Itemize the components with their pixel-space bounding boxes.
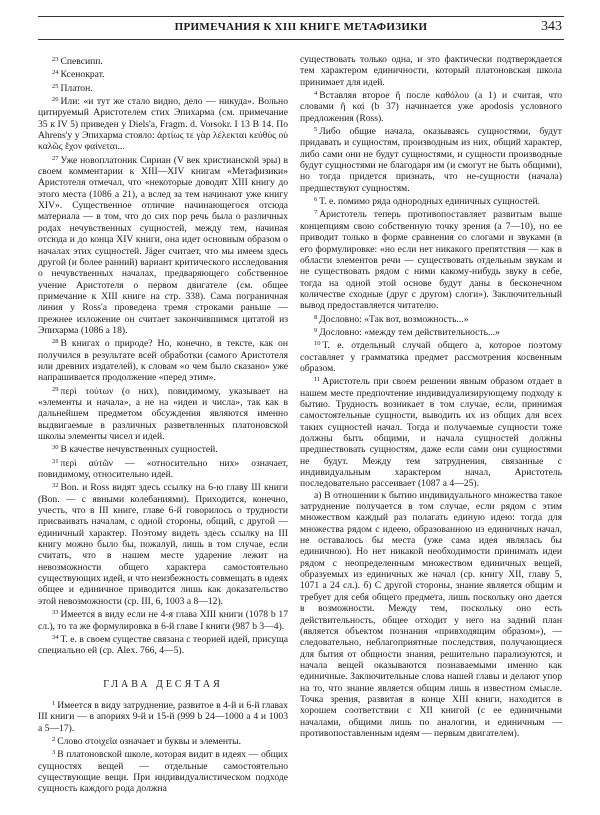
footnote-number: 1	[52, 700, 55, 707]
footnote-ch10-6: 6Т. е. помимо ряда однородных единичных …	[300, 194, 562, 207]
footnote-ch10-10: 10Т. е. отдельный случай общего a, котор…	[300, 338, 562, 374]
footnote-33: 33Имеется в виду если не 4-я глава XIII …	[38, 607, 288, 632]
footnote-number: 29	[52, 386, 59, 393]
footnote-28: 28В книгах о природе? Но, конечно, в тек…	[38, 336, 288, 383]
footnote-number: 32	[52, 482, 59, 489]
footnote-24: 24Ксенократ.	[38, 67, 288, 80]
book-page: ПРИМЕЧАНИЯ К XIII КНИГЕ МЕТАФИЗИКИ 343 2…	[38, 16, 564, 40]
running-title: ПРИМЕЧАНИЯ К XIII КНИГЕ МЕТАФИЗИКИ	[38, 21, 564, 33]
footnote-number: 30	[52, 444, 59, 451]
footnote-number: 9	[314, 327, 317, 334]
page-number: 343	[541, 19, 562, 35]
footnote-32: 32Bon. и Ross видят здесь ссылку на 6-ю …	[38, 480, 288, 607]
footnote-number: 26	[52, 96, 59, 103]
footnote-number: 28	[52, 338, 59, 345]
footnote-26: 26Или: «и тут же стало видно, дело — ник…	[38, 94, 288, 153]
footnote-number: 34	[52, 634, 59, 641]
left-column: 23Спевсипп. 24Ксенократ. 25Платон. 26Или…	[38, 54, 288, 795]
footnote-number: 33	[52, 609, 59, 616]
footnote-number: 25	[52, 83, 59, 90]
footnote-number: 6	[314, 196, 317, 203]
footnote-31: 31περὶ αὐτῶν — «относительно них» означа…	[38, 456, 288, 481]
footnote-number: 8	[314, 314, 317, 321]
footnote-ch10-11-ab: а) В отношении к бытию индивидуального м…	[300, 490, 562, 740]
footnote-number: 2	[52, 736, 55, 743]
footnote-ch10-7: 7Аристотель теперь противопоставляет раз…	[300, 207, 562, 311]
footnote-3-continuation: существовать только одна, и это фактичес…	[300, 54, 562, 88]
footnote-number: 11	[314, 376, 320, 383]
footnote-27: 27Уже новоплатоник Сириан (V век христиа…	[38, 153, 288, 337]
footnote-number: 3	[52, 749, 55, 756]
footnote-ch10-1: 1Имеется в виду затруднение, развитое в …	[38, 698, 288, 734]
footnote-number: 23	[52, 56, 59, 63]
footnote-30: 30В качестве нечувственных сущностей.	[38, 442, 288, 455]
footnote-number: 10	[314, 340, 321, 347]
footnote-ch10-8: 8Дословно: «Так вот, возможность...»	[300, 312, 562, 325]
footnote-25: 25Платон.	[38, 81, 288, 94]
footnote-23: 23Спевсипп.	[38, 54, 288, 67]
footnote-number: 24	[52, 69, 59, 76]
footnote-number: 31	[52, 458, 59, 465]
footnote-number: 5	[314, 126, 317, 133]
chapter-heading: ГЛАВА ДЕСЯТАЯ	[38, 679, 288, 690]
footnote-29: 29περὶ τούτων (о них), повидимому, указы…	[38, 384, 288, 443]
footnote-ch10-9: 9Дословно: «между тем действительность..…	[300, 325, 562, 338]
footnote-number: 27	[52, 155, 59, 162]
running-header: ПРИМЕЧАНИЯ К XIII КНИГЕ МЕТАФИЗИКИ 343	[38, 17, 564, 39]
footnote-ch10-11: 11Аристотель при своем решении явным обр…	[300, 374, 562, 489]
footnote-number: 7	[314, 209, 317, 216]
footnote-ch10-3: 3В платоновской школе, которая видит в и…	[38, 747, 288, 794]
header-bottom-rule	[38, 39, 564, 40]
footnote-34: 34Т. е. в своем существе связана с теори…	[38, 632, 288, 657]
footnote-ch10-4: 4Вставляя второе ἢ после καθόλου (a 1) и…	[300, 88, 562, 124]
footnote-ch10-2: 2Слово στοιχεῖα означает и буквы и элеме…	[38, 734, 288, 747]
right-column: существовать только одна, и это фактичес…	[300, 54, 562, 739]
footnote-number: 4	[314, 90, 317, 97]
footnote-ch10-5: 5Либо общие начала, оказываясь сущностям…	[300, 124, 562, 194]
